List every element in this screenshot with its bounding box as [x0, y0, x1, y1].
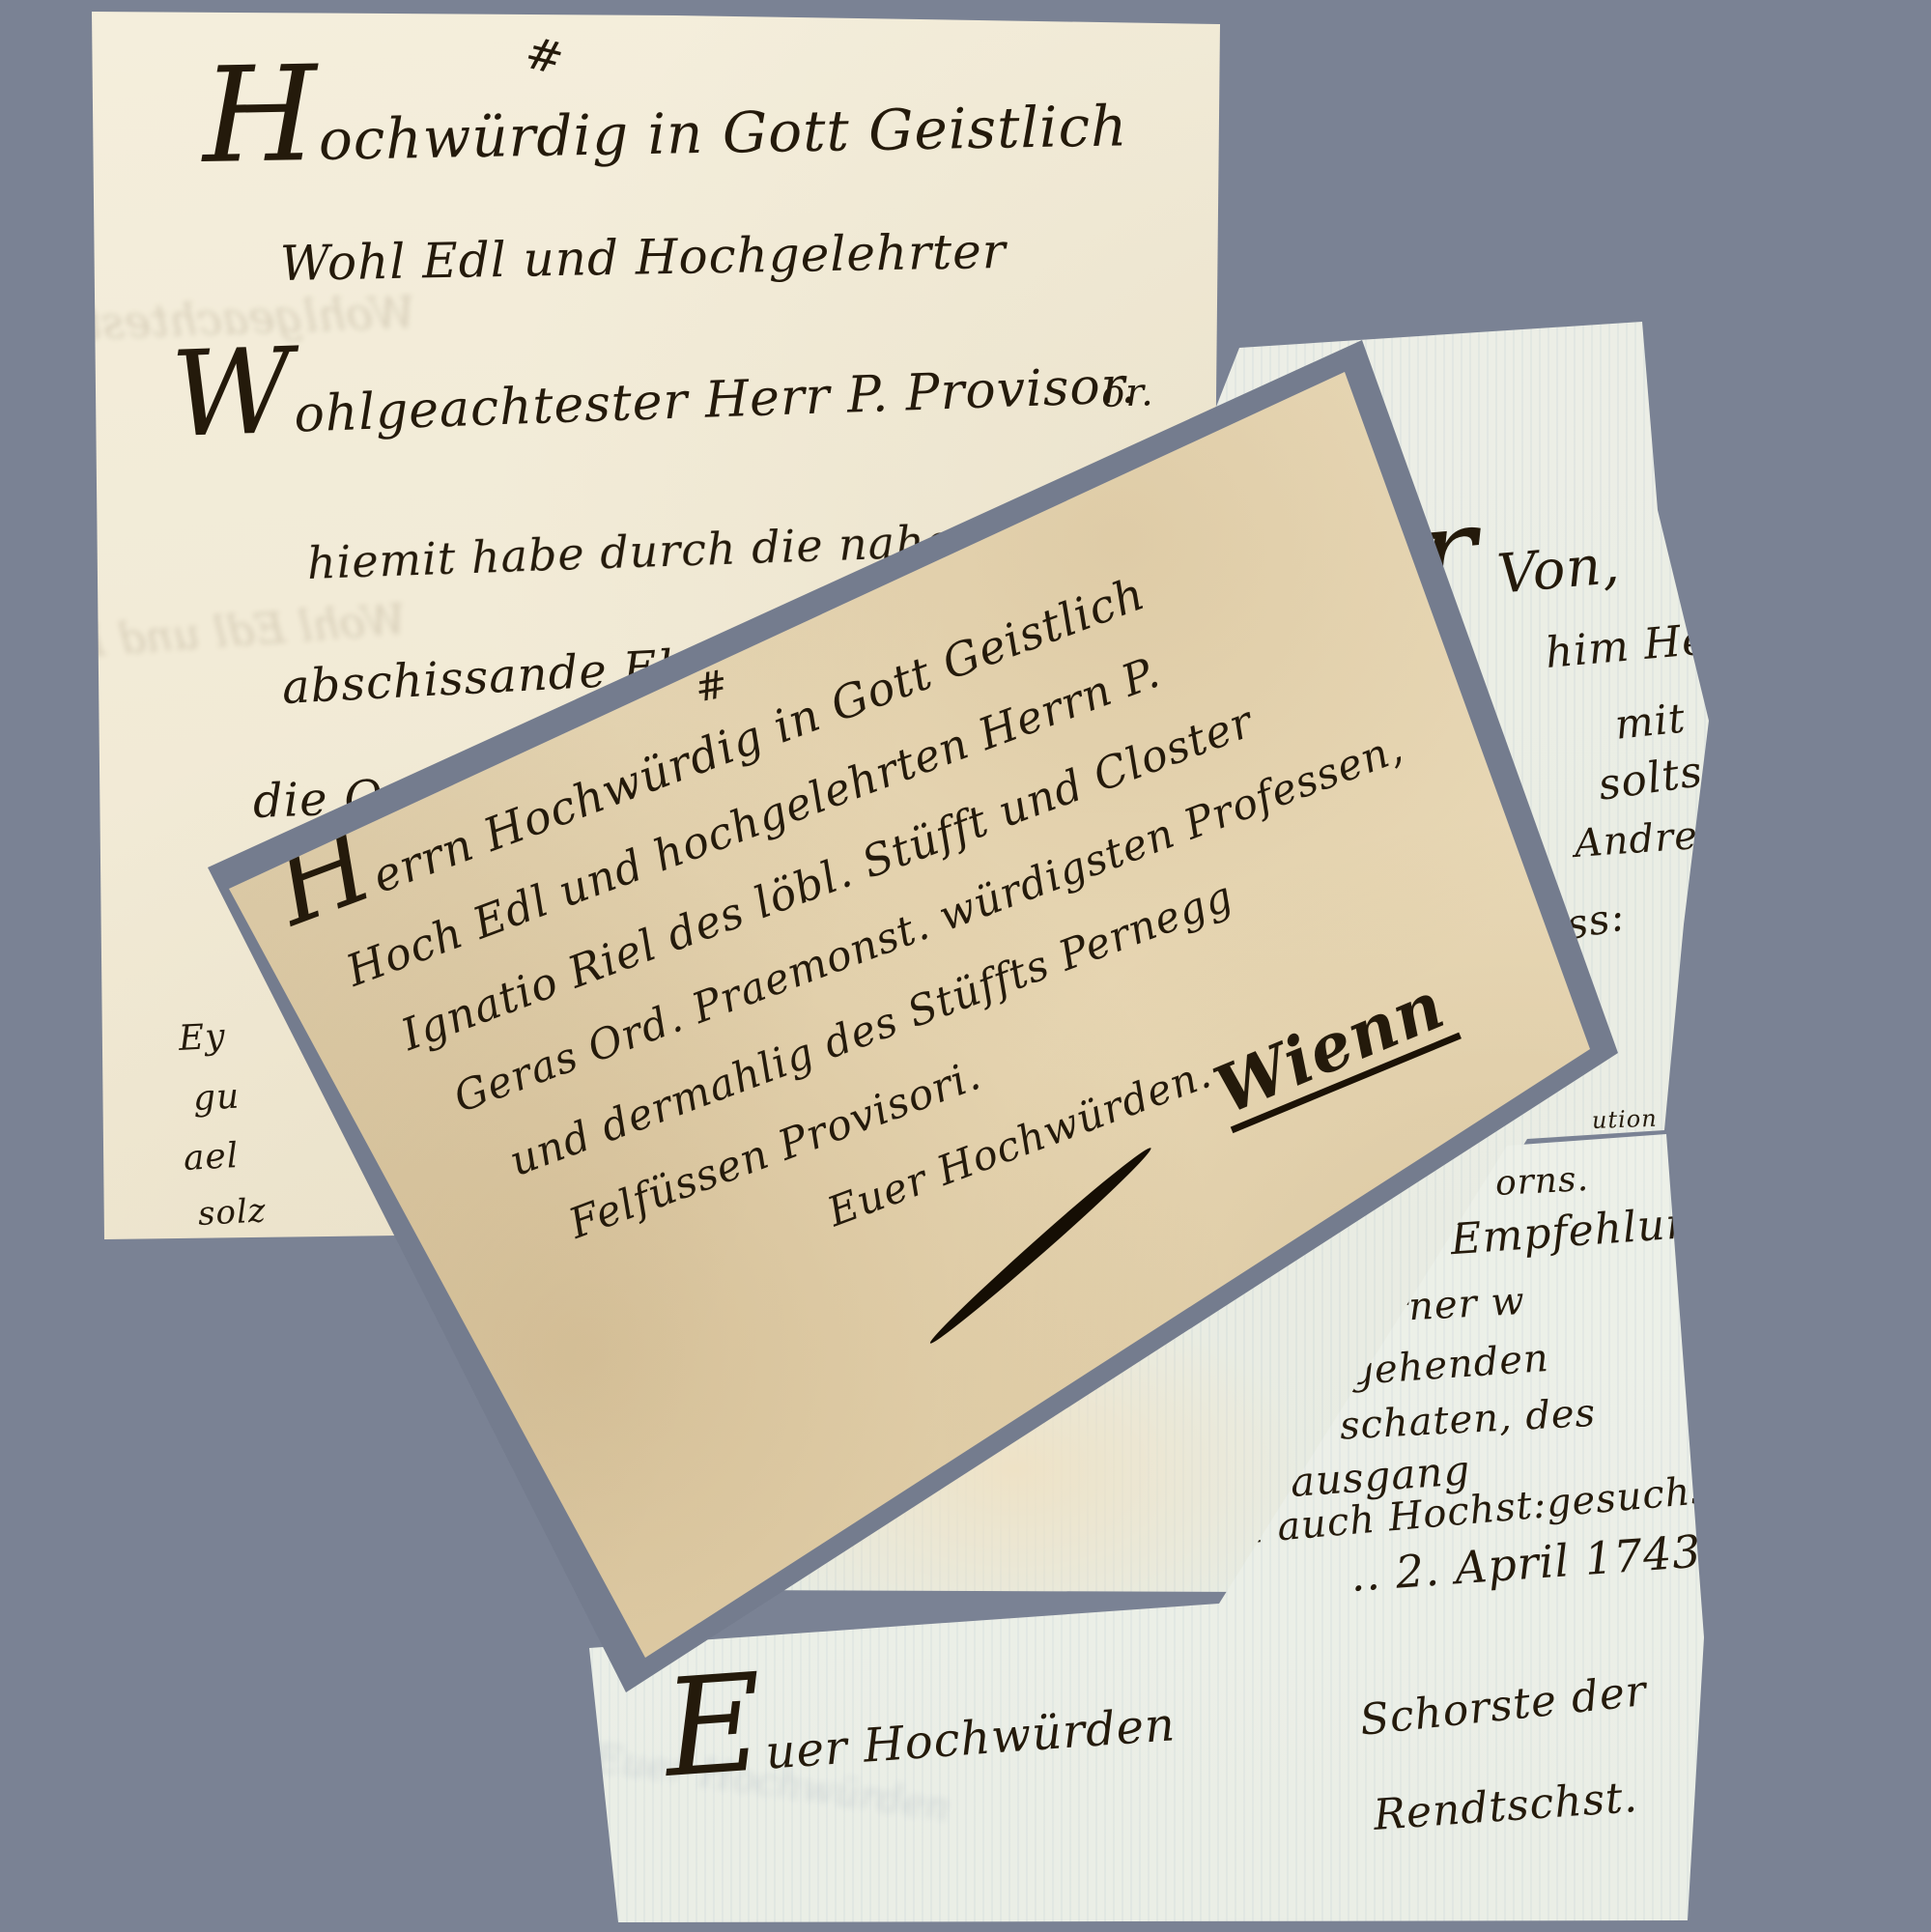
signature-line: Rendtschst. — [1372, 1776, 1639, 1837]
right-letter-fragment: Andrea — [1574, 814, 1723, 864]
envelope-closing-salutation: Euer Hochwürden. — [823, 1053, 1217, 1233]
right-letter-fragment: ution — [1592, 1107, 1658, 1132]
right-letter-fragment: solts — [1596, 751, 1705, 808]
destination-city: Wienn — [1205, 970, 1462, 1133]
left-letter-edge-fragment: or. — [1100, 373, 1154, 413]
left-letter-fragment: solz — [197, 1194, 267, 1231]
right-letter-fragment: mit — [1613, 697, 1688, 745]
left-letter-fragment: Ey — [178, 1019, 226, 1056]
left-letter-fragment: ael — [183, 1139, 240, 1177]
left-letter-line: Wohlgeachtester Herr P. Provisor. — [171, 360, 1138, 444]
page-hash-mark: # — [521, 30, 569, 82]
right-letter-fragment: him Her, — [1544, 616, 1741, 675]
manuscript-collage: Wohlgeachtester Herr P. Provisor. Wohl E… — [0, 0, 1931, 1932]
bottom-letter-fragment: orns. — [1494, 1162, 1590, 1202]
signature-line: Schorste der — [1358, 1670, 1649, 1743]
left-letter-line: Hochwürdig in Gott Geistlich — [202, 98, 1127, 170]
closing-salutation: Euer Hochwürden — [665, 1693, 1177, 1783]
left-letter-line: Wohl Edl und Hochgelehrter — [280, 227, 1007, 288]
left-letter-fragment: gu — [192, 1080, 241, 1117]
